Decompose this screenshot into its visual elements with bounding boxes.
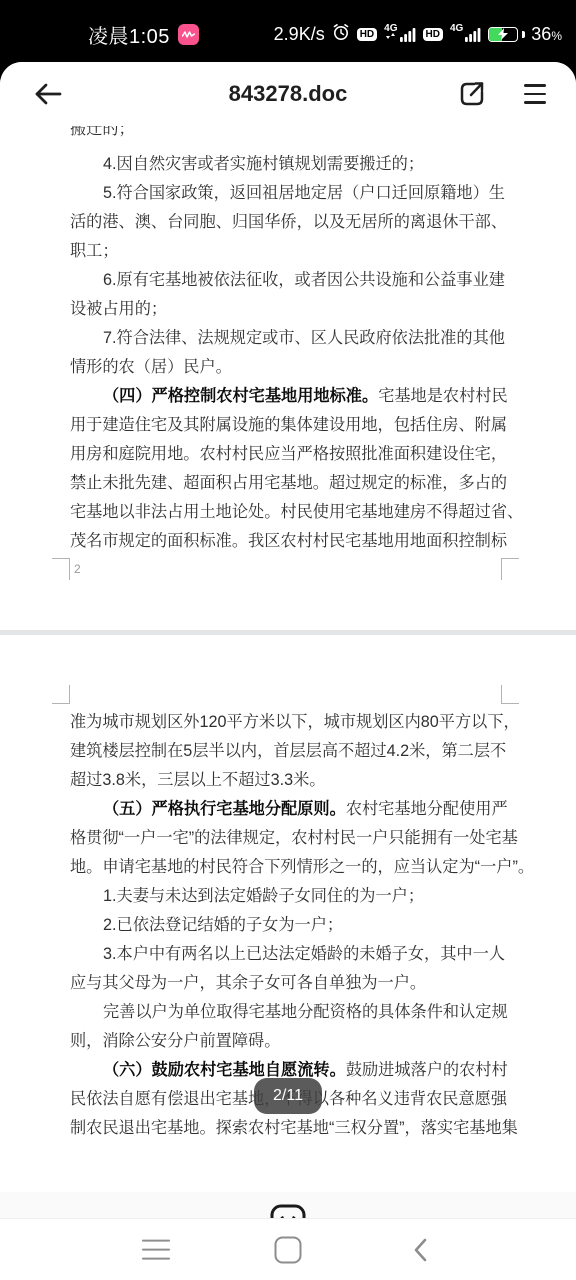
document-pages: 搬迁的；4.因自然灾害或者实施村镇规划需要搬迁的；5.符合国家政策，返回祖居地定…: [0, 126, 576, 1192]
doc-text-line: 设被占用的；: [0, 295, 576, 324]
crop-mark-top-right: [501, 685, 519, 704]
status-right: 2.9K/s HD 4G HD 4G: [274, 23, 562, 46]
signal-sim2-icon: 4G: [450, 24, 481, 44]
volte-hd-icon-2: HD: [423, 28, 443, 41]
doc-text-line: 茂名市规定的面积标准。我区农村村民宅基地用地面积控制标: [0, 527, 576, 556]
network-type-label: 4G: [384, 24, 397, 33]
doc-text-line: 2.已依法登记结婚的子女为一户；: [0, 911, 576, 940]
network-type-label-2: 4G: [450, 24, 463, 33]
battery-percent-text: 36%: [531, 24, 562, 45]
share-icon: [457, 79, 487, 109]
doc-text-line: 1.夫妻与未达到法定婚龄子女同住的为一户；: [0, 882, 576, 911]
doc-text-line: 7.符合法律、法规规定或市、区人民政府依法批准的其他: [0, 324, 576, 353]
nav-recents-button[interactable]: [142, 1239, 170, 1260]
notification-app-icon: [178, 24, 199, 45]
doc-text-line: （四）严格控制农村宅基地用地标准。宅基地是农村村民: [0, 382, 576, 411]
phone-screen: 凌晨1:05 2.9K/s HD 4G HD 4G: [0, 0, 576, 1280]
page-2: 搬迁的；4.因自然灾害或者实施村镇规划需要搬迁的；5.符合国家政策，返回祖居地定…: [0, 126, 576, 556]
doc-text-line: 地。申请宅基地的村民符合下列情形之一的，应当认定为“一户”。: [0, 853, 576, 882]
recents-icon: [142, 1239, 170, 1242]
doc-text-line: 建筑楼层控制在5层半以内，首层层高不超过4.2米，第二层不: [0, 737, 576, 766]
doc-text-line: 应与其父母为一户，其余子女可各自单独为一户。: [0, 969, 576, 998]
signal-bars-icon-2: [465, 24, 481, 44]
clock-text: 凌晨1:05: [88, 20, 170, 49]
crop-mark-bottom-right: [501, 558, 519, 580]
doc-text-line: 4.因自然灾害或者实施村镇规划需要搬迁的；: [0, 150, 576, 179]
share-button[interactable]: [452, 74, 492, 114]
page-indicator-badge: 2/11: [254, 1078, 322, 1114]
doc-text-line: 宅基地以非法占用土地论处。村民使用宅基地建房不得超过省、: [0, 498, 576, 527]
doc-text-line: 5.符合国家政策，返回祖居地定居（户口迁回原籍地）生: [0, 179, 576, 208]
doc-text-line: 完善以户为单位取得宅基地分配资格的具体条件和认定规: [0, 998, 576, 1027]
doc-text-line: 用于建造住宅及其附属设施的集体建设用地，包括住房、附属: [0, 411, 576, 440]
signal-bars-icon: [400, 24, 416, 44]
doc-text-line: 用房和庭院用地。农村村民应当严格按照批准面积建设住宅，: [0, 440, 576, 469]
network-speed-text: 2.9K/s: [274, 24, 325, 45]
doc-text-line: 职工；: [0, 237, 576, 266]
page-2-footer: 2: [0, 556, 576, 630]
page-3-top: [0, 635, 576, 708]
app-header: 843278.doc: [0, 62, 576, 126]
menu-icon: [524, 84, 546, 87]
crop-mark-top-left: [52, 685, 70, 704]
nav-back-button[interactable]: [412, 1237, 428, 1263]
doc-text-line: （五）严格执行宅基地分配原则。农村宅基地分配使用严: [0, 795, 576, 824]
doc-text-line: 禁止未批先建、超面积占用宅基地。超过规定的标准，多占的: [0, 469, 576, 498]
signal-sim1-icon: 4G: [384, 24, 415, 44]
doc-text-line: 情形的农（居）民户。: [0, 353, 576, 382]
volte-hd-icon: HD: [357, 28, 377, 41]
page-number: 2: [74, 562, 81, 576]
doc-text-line: 格贯彻“一户一宅”的法律规定，农村村民一户只能拥有一处宅基: [0, 824, 576, 853]
app-window: 843278.doc 搬迁的；4.因自然灾害或者实施村镇规划需要搬迁的；5.符合…: [0, 62, 576, 1280]
status-bar: 凌晨1:05 2.9K/s HD 4G HD 4G: [0, 0, 576, 62]
doc-text-line: 搬迁的；: [0, 126, 576, 138]
android-nav-bar: [0, 1218, 576, 1280]
doc-text-line: 制农民退出宅基地。探索农村宅基地“三权分置”，落实宅基地集: [0, 1114, 576, 1143]
doc-text-line: 则，消除公安分户前置障碍。: [0, 1027, 576, 1056]
doc-text-line: 准为城市规划区外120平方米以下，城市规划区内80平方以下，: [0, 708, 576, 737]
status-left: 凌晨1:05: [88, 20, 199, 49]
doc-text-line: 6.原有宅基地被依法征收，或者因公共设施和公益事业建: [0, 266, 576, 295]
more-menu-button[interactable]: [516, 74, 554, 114]
nav-back-icon: [412, 1237, 428, 1263]
doc-text-line: 活的港、澳、台同胞、归国华侨，以及无居所的离退休干部、: [0, 208, 576, 237]
document-viewport[interactable]: 搬迁的；4.因自然灾害或者实施村镇规划需要搬迁的；5.符合国家政策，返回祖居地定…: [0, 126, 576, 1192]
battery-charging-icon: 36%: [488, 24, 562, 45]
doc-text-line: 3.本户中有两名以上已达法定婚龄的未婚子女，其中一人: [0, 940, 576, 969]
nav-home-button[interactable]: [275, 1236, 302, 1263]
doc-text-line: 超过3.8米，三层以上不超过3.3米。: [0, 766, 576, 795]
alarm-icon: [332, 23, 350, 46]
crop-mark-bottom-left: [52, 558, 70, 580]
